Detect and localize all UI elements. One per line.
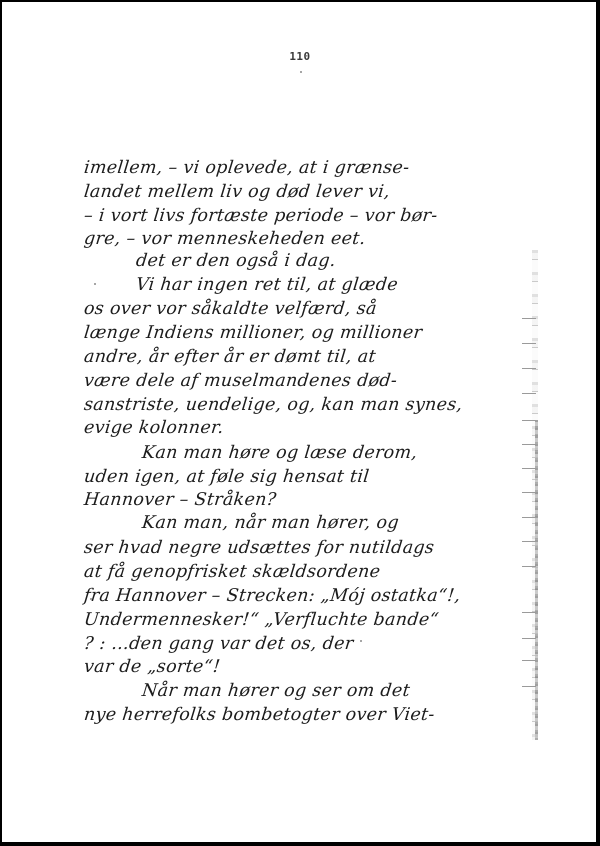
page-number: 110 — [0, 50, 600, 63]
manuscript-line-5: det er den også i dag. — [83, 251, 337, 271]
manuscript-line-19: fra Hannover – Strecken: „Mój ostatka“!, — [83, 586, 462, 606]
manuscript-line-7: os over vor såkaldte velfærd, så — [83, 299, 378, 319]
manuscript-line-3: – i vort livs fortæste periode – vor bør… — [83, 206, 439, 226]
scan-line-mark — [522, 492, 536, 493]
manuscript-line-24: nye herrefolks bombetogter over Viet- — [83, 705, 436, 725]
manuscript-line-20: Undermennesker!“ „Verfluchte bande“ — [83, 610, 440, 630]
manuscript-line-10: være dele af muselmandenes død- — [83, 371, 398, 391]
manuscript-line-15: Hannover – Stråken? — [83, 490, 277, 510]
scan-line-mark — [522, 368, 536, 369]
scan-speck — [140, 640, 142, 642]
scan-line-mark — [522, 420, 536, 421]
manuscript-line-22: var de „sorte“! — [83, 657, 221, 677]
scan-speck — [112, 620, 114, 622]
manuscript-line-13: Kan man høre og læse derom, — [83, 443, 418, 463]
scan-line-mark — [522, 541, 536, 542]
manuscript-line-23: Når man hører og ser om det — [83, 681, 411, 701]
scan-line-mark — [522, 517, 536, 518]
manuscript-line-14: uden igen, at føle sig hensat til — [83, 467, 370, 487]
manuscript-line-17: ser hvad negre udsættes for nutildags — [83, 538, 435, 558]
manuscript-line-12: evige kolonner. — [83, 418, 225, 438]
scan-speck — [90, 598, 92, 600]
manuscript-line-8: længe Indiens millioner, og millioner — [83, 323, 423, 343]
scan-line-mark — [522, 638, 536, 639]
manuscript-line-16: Kan man, når man hører, og — [83, 513, 400, 533]
scan-line-mark — [522, 318, 536, 319]
scan-line-mark — [522, 566, 536, 567]
manuscript-line-21: ? : ...den gang var det os, der — [83, 634, 355, 654]
scan-speck — [360, 640, 362, 642]
manuscript-line-2: landet mellem liv og død lever vi, — [83, 182, 391, 202]
manuscript-line-11: sanstriste, uendelige, og, kan man synes… — [83, 395, 464, 415]
scan-line-mark — [522, 686, 536, 687]
manuscript-line-18: at få genopfrisket skældsordene — [83, 562, 381, 582]
scan-speck — [300, 71, 302, 73]
manuscript-line-4: gre, – vor menneskeheden eet. — [83, 229, 367, 249]
scan-line-mark — [522, 393, 536, 394]
scan-line-mark — [522, 343, 536, 344]
scan-line-mark — [522, 612, 536, 613]
scan-line-mark — [522, 660, 536, 661]
scan-line-mark — [522, 444, 536, 445]
scan-speck — [94, 283, 96, 285]
manuscript-line-6: Vi har ingen ret til, at glæde — [83, 275, 399, 295]
scan-line-mark — [522, 468, 536, 469]
manuscript-line-9: andre, år efter år er dømt til, at — [83, 347, 377, 367]
manuscript-line-1: imellem, – vi oplevede, at i grænse- — [83, 158, 410, 178]
